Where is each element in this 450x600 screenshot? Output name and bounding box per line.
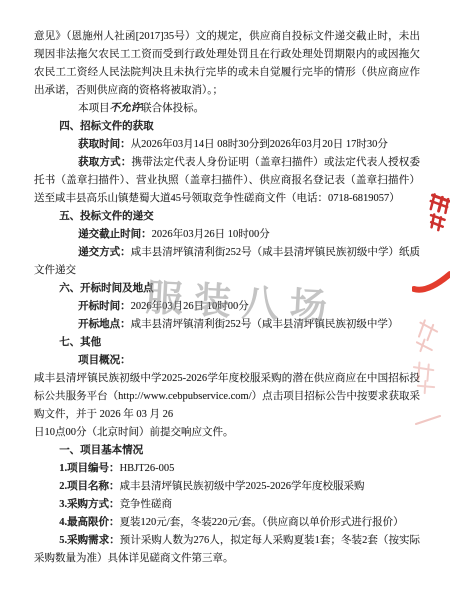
item-max-price: 4.最高限价：夏装120元/套，冬装220元/套。（供应商以单价形式进行报价）	[34, 514, 420, 532]
paragraph-continuation-text: 意见》（恩施州人社函[2017]35号）文的规定，供应商自投标文件递交截止时，未…	[34, 31, 420, 96]
item-max-price-text: 4.最高限价：	[59, 517, 119, 528]
project-overview-body: 咸丰县清坪镇民族初级中学2025-2026学年度校服采购的潜在供应商应在中国招标…	[34, 370, 420, 424]
project-overview-deadline: 日10点00分（北京时间）前提交响应文件。	[34, 424, 420, 442]
obtain-method-text: 获取方式：	[78, 157, 131, 168]
no-consortium-note: 本项目不允许联合体投标。	[34, 100, 420, 118]
no-consortium-note-text: 本项目	[78, 103, 110, 114]
section-6-heading: 六、开标时间及地点	[34, 280, 420, 298]
open-time-text: 开标时间：	[78, 301, 131, 312]
project-overview-label-text: 项目概况：	[78, 355, 131, 366]
item-procurement-method: 3.采购方式：竞争性磋商	[34, 496, 420, 514]
document-page: 意见》（恩施州人社函[2017]35号）文的规定，供应商自投标文件递交截止时，未…	[0, 0, 450, 600]
paragraph-continuation: 意见》（恩施州人社函[2017]35号）文的规定，供应商自投标文件递交截止时，未…	[34, 28, 420, 100]
section-5-heading: 五、投标文件的递交	[34, 208, 420, 226]
item-project-name-text: 2.项目名称：	[59, 481, 119, 492]
item-procurement-method-text: 竞争性磋商	[120, 499, 173, 510]
section-1-heading: 一、项目基本情况	[34, 442, 420, 460]
red-seal-fragment-icon	[423, 191, 450, 242]
item-procurement-method-text: 3.采购方式：	[59, 499, 119, 510]
submit-deadline: 递交截止时间：2026年03月26日 10时00分	[34, 226, 420, 244]
item-project-name-text: 咸丰县清坪镇民族初级中学2025-2026学年度校服采购	[120, 481, 365, 492]
submit-deadline-text: 2026年03月26日 10时00分	[152, 229, 270, 240]
item-project-number: 1.项目编号：HBJT26-005	[34, 460, 420, 478]
item-procurement-demand-text: 5.采购需求：	[59, 535, 120, 546]
section-1-heading-text: 一、项目基本情况	[59, 445, 143, 456]
no-consortium-note-text: 不允许	[110, 103, 142, 114]
item-project-number-text: HBJT26-005	[120, 463, 175, 474]
project-overview-label: 项目概况：	[34, 352, 420, 370]
project-overview-deadline-text: 日10点00分（北京时间）前提交响应文件。	[34, 427, 234, 438]
item-max-price-text: 夏装120元/套，冬装220元/套。（供应商以单价形式进行报价）	[120, 517, 404, 528]
item-project-number-text: 1.项目编号：	[59, 463, 119, 474]
obtain-method: 获取方式：携带法定代表人身份证明（盖章扫描件）或法定代表人授权委托书（盖章扫描件…	[34, 154, 420, 208]
section-7-heading: 七、其他	[34, 334, 420, 352]
submit-method-text: 递交方式：	[78, 247, 131, 258]
obtain-time-text: 从2026年03月14日 08时30分到2026年03月20日 17时30分	[131, 139, 388, 150]
open-place-text: 开标地点：	[78, 319, 131, 330]
section-7-heading-text: 七、其他	[59, 337, 101, 348]
submit-method: 递交方式：咸丰县清坪镇清利街252号（咸丰县清坪镇民族初级中学）纸质文件递交	[34, 244, 420, 280]
open-time-text: 2026年03月26日 10时00分	[131, 301, 249, 312]
submit-deadline-text: 递交截止时间：	[78, 229, 152, 240]
document-content: 意见》（恩施州人社函[2017]35号）文的规定，供应商自投标文件递交截止时，未…	[34, 28, 420, 568]
section-4-heading-text: 四、招标文件的获取	[59, 121, 154, 132]
open-place-text: 咸丰县清坪镇清利街252号（咸丰县清坪镇民族初级中学）	[131, 319, 399, 330]
no-consortium-note-text: 联合体投标。	[141, 103, 204, 114]
section-4-heading: 四、招标文件的获取	[34, 118, 420, 136]
obtain-time-text: 获取时间：	[78, 139, 131, 150]
open-time: 开标时间：2026年03月26日 10时00分	[34, 298, 420, 316]
item-procurement-demand: 5.采购需求：预计采购人数为276人，拟定每人采购夏装1套；冬装2套（按实际采购…	[34, 532, 420, 568]
section-6-heading-text: 六、开标时间及地点	[59, 283, 154, 294]
obtain-time: 获取时间：从2026年03月14日 08时30分到2026年03月20日 17时…	[34, 136, 420, 154]
open-place: 开标地点：咸丰县清坪镇清利街252号（咸丰县清坪镇民族初级中学）	[34, 316, 420, 334]
project-overview-body-text: 咸丰县清坪镇民族初级中学2025-2026学年度校服采购的潜在供应商应在中国招标…	[34, 373, 420, 420]
item-project-name: 2.项目名称：咸丰县清坪镇民族初级中学2025-2026学年度校服采购	[34, 478, 420, 496]
section-5-heading-text: 五、投标文件的递交	[59, 211, 154, 222]
